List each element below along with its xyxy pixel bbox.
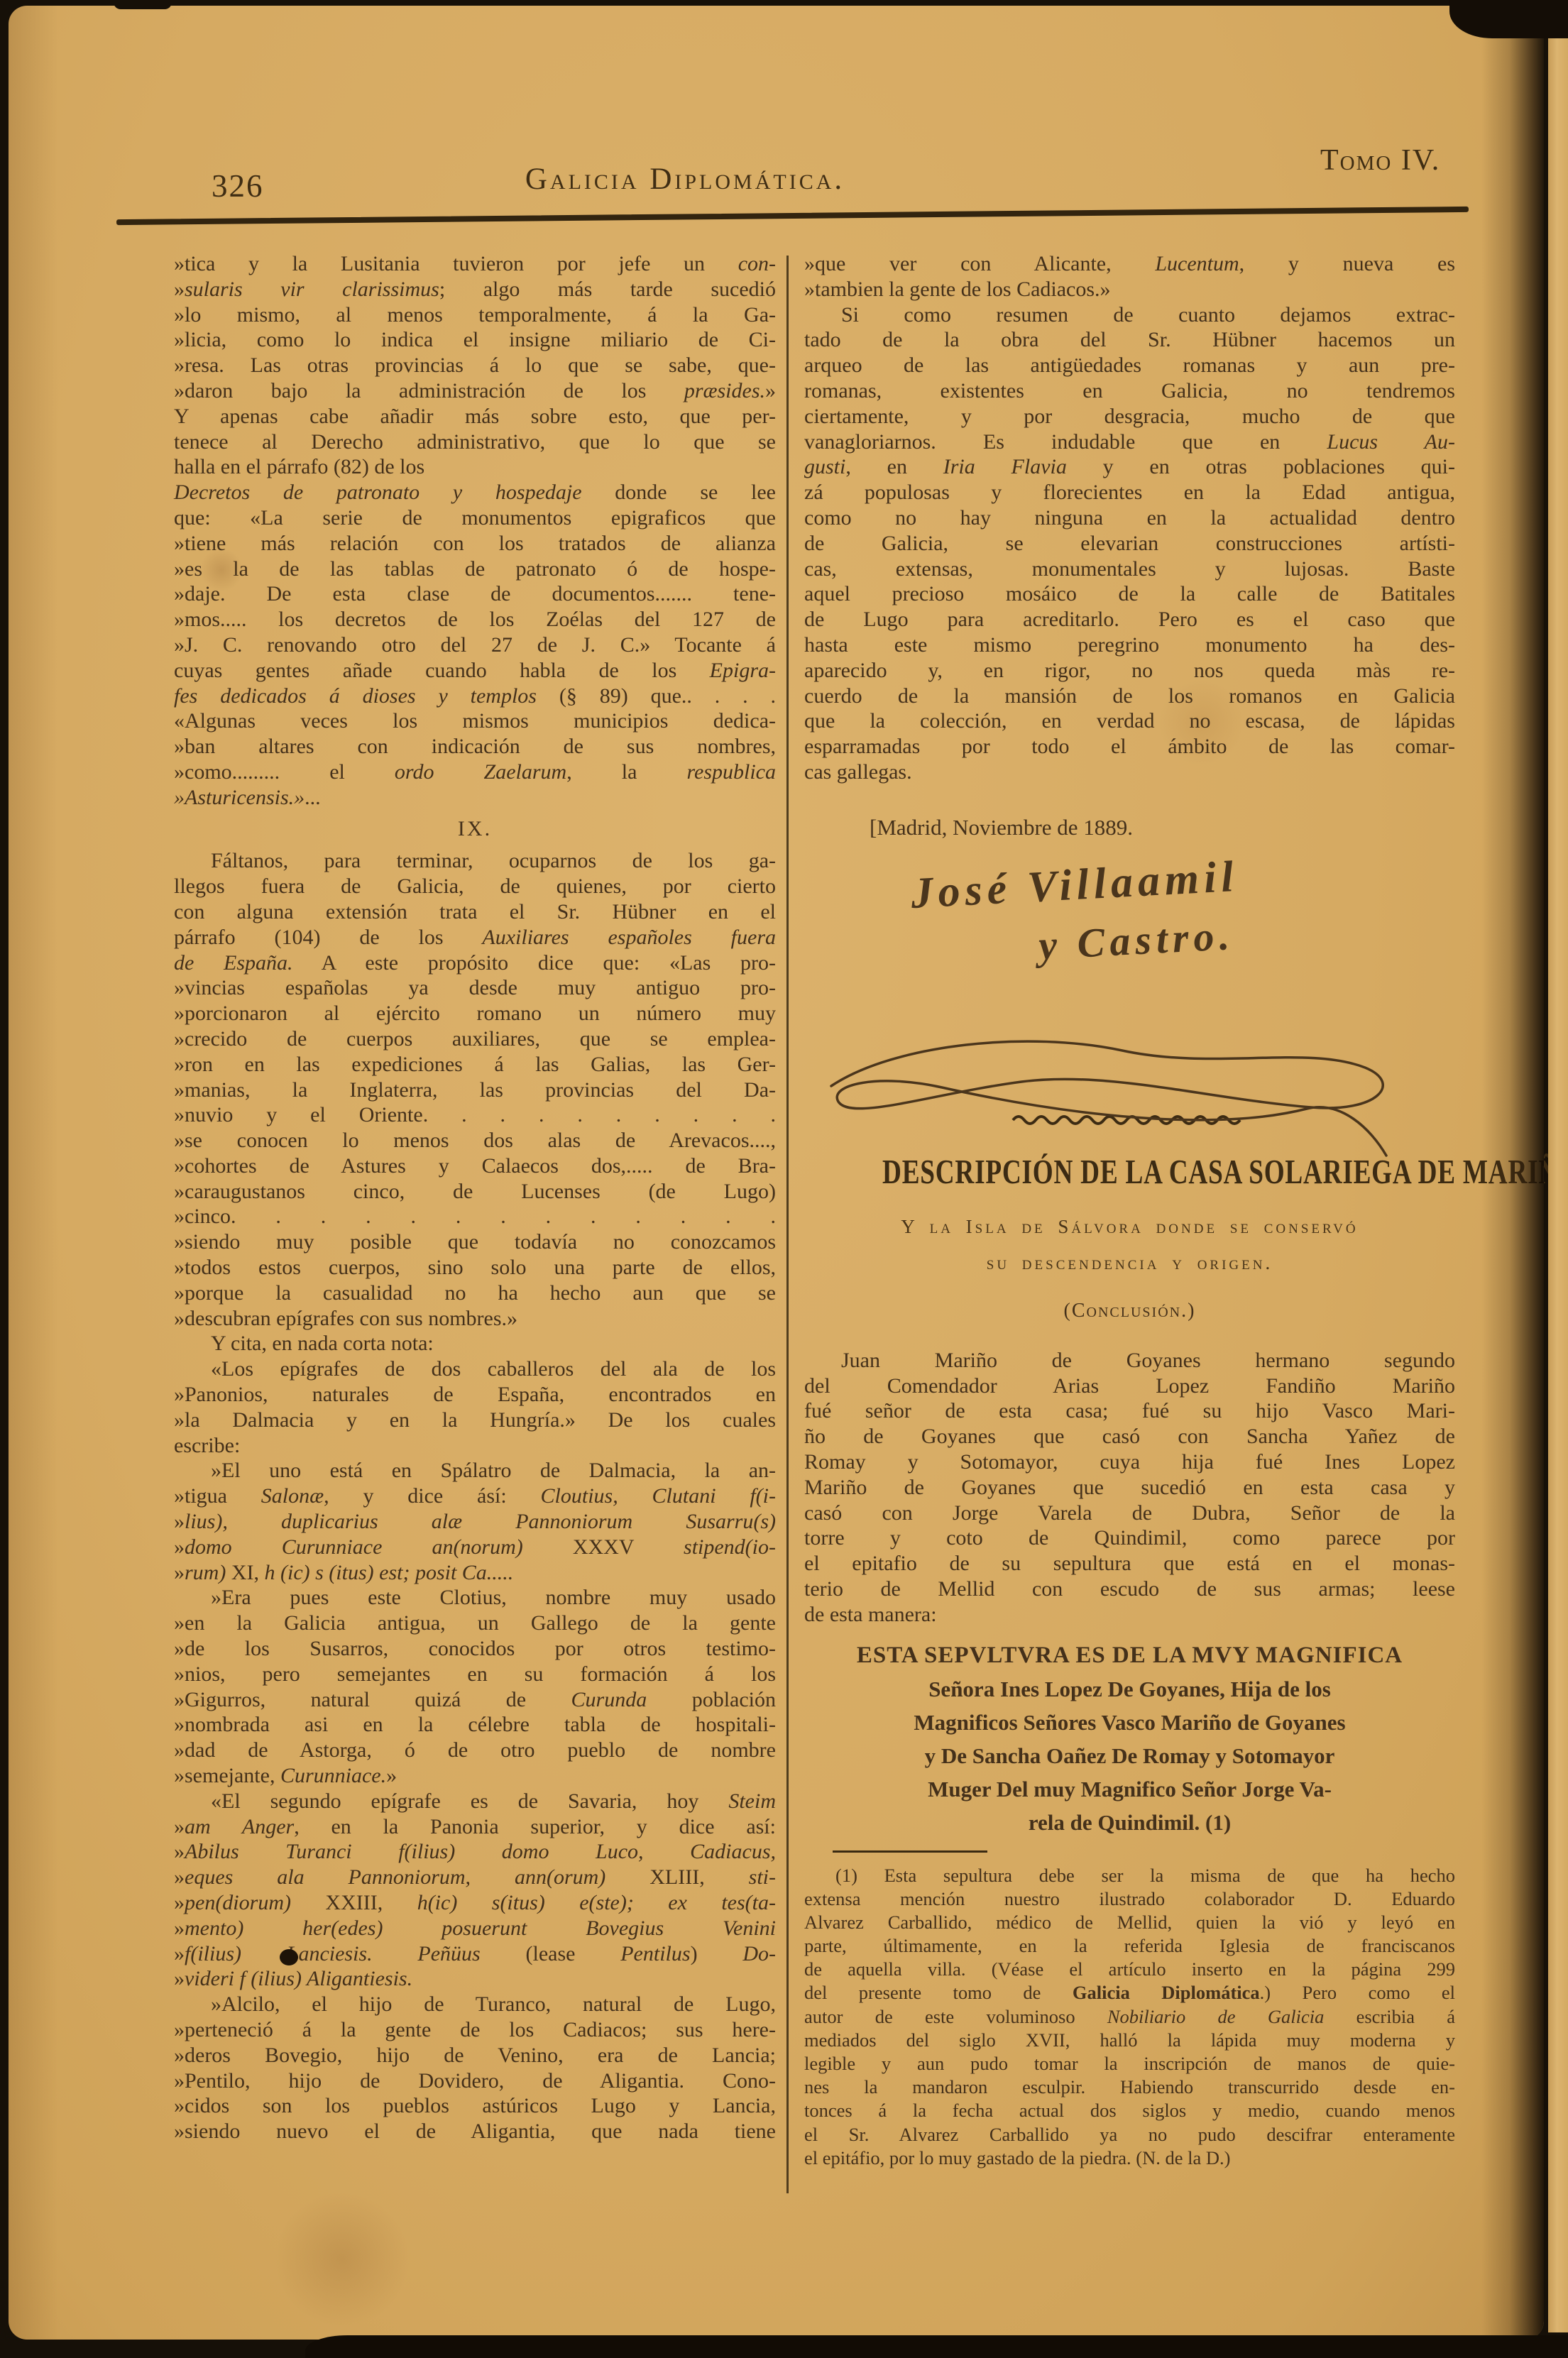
text-line: »todos estos cuerpos, sino solo una part…: [174, 1255, 776, 1281]
text-line: »descubran epígrafes con sus nombres.»: [174, 1306, 776, 1332]
text-line: tenece al Derecho administrativo, que lo…: [174, 429, 776, 455]
signature-flourish-icon: [810, 994, 1413, 1157]
text-line: »perteneció á la gente de los Cadiacos; …: [174, 2017, 776, 2043]
text-line: legible y aun pudo tomar la inscripción …: [804, 2052, 1455, 2075]
text-line: hasta este mismo peregrino monumento ha …: [804, 632, 1455, 658]
text-line: »que ver con Alicante, Lucentum, y nueva…: [804, 251, 1455, 277]
text-line: »Panonios, naturales de España, encontra…: [174, 1382, 776, 1408]
page-gutter-shadow: [1481, 6, 1544, 2340]
text-line: que: «La serie de monumentos epigraficos…: [174, 505, 776, 531]
text-line: »videri f (ilius) Aligantiesis.: [174, 1966, 776, 1992]
text-line: »ron en las expediciones á las Galias, l…: [174, 1052, 776, 1077]
text-line: »dad de Astorga, ó de otro pueblo de nom…: [174, 1738, 776, 1763]
text-line: »cohortes de Astures y Calaecos dos,....…: [174, 1153, 776, 1179]
text-line: »sularis vir clarissimus; algo más tarde…: [174, 277, 776, 302]
text-line: esparramadas por todo el ámbito de las c…: [804, 734, 1455, 760]
text-line: cas, extensas, monumentales y lujosas. B…: [804, 556, 1455, 582]
text-line: »crecido de cuerpos auxiliares, que se e…: [174, 1026, 776, 1052]
text-line: »nios, pero semejantes en su formación á…: [174, 1662, 776, 1687]
text-line: »mos..... los decretos de los Zoélas del…: [174, 607, 776, 632]
text-line: de España. A este propósito dice que: «L…: [174, 950, 776, 976]
text-line: del presente tomo de Galicia Diplomática…: [804, 1981, 1455, 2005]
header-rule: [116, 207, 1469, 225]
text-line: »f(ilius) Lanciesis. Peñüus (lease Penti…: [174, 1941, 776, 1967]
text-line: »domo Curunniace an(norum) XXXV stipend(…: [174, 1535, 776, 1560]
text-line: Muger Del muy Magnifico Señor Jorge Va-: [804, 1772, 1455, 1806]
text-line: »lo mismo, al menos temporalmente, á la …: [174, 302, 776, 328]
text-line: »tambien la gente de los Cadiacos.»: [804, 277, 1455, 302]
text-line: Fáltanos, para terminar, ocuparnos de lo…: [174, 848, 776, 874]
text-line: »nombrada asi en la célebre tabla de hos…: [174, 1712, 776, 1738]
text-line: de aquella villa. (Véase el artículo ins…: [804, 1958, 1455, 1981]
ink-blot: [280, 1949, 298, 1965]
text-line: ño de Goyanes que casó con Sancha Yañez …: [804, 1424, 1455, 1449]
text-line: fes dedicados á dioses y templos (§ 89) …: [174, 684, 776, 709]
text-line: con alguna extensión trata el Sr. Hübner…: [174, 899, 776, 925]
text-line: »porcionaron al ejército romano un númer…: [174, 1001, 776, 1026]
text-line: »El uno está en Spálatro de Dalmacia, la…: [174, 1458, 776, 1484]
text-line: »lius), duplicarius alæ Pannoniorum Susa…: [174, 1509, 776, 1535]
text-line: de Galicia, se elevarian construcciones …: [804, 531, 1455, 556]
epitaph-block: ESTA SEPVLTVRA ES DE LA MVY MAGNIFICASeñ…: [804, 1639, 1455, 1839]
text-line: Magnificos Señores Vasco Mariño de Goyan…: [804, 1706, 1455, 1739]
footnote-rule: [833, 1850, 987, 1853]
text-line: halla en el párrafo (82) de los: [174, 454, 776, 480]
scan-corner-shadow-top-right: [1449, 0, 1568, 38]
text-line: Mariño de Goyanes que sucedió en esta ca…: [804, 1475, 1455, 1501]
text-line: «Algunas veces los mismos municipios ded…: [174, 708, 776, 734]
text-line: »de los Susarros, conocidos por otros te…: [174, 1636, 776, 1662]
article-subtitle-1: Y la Isla de Sálvora donde se conservó: [804, 1216, 1455, 1238]
text-line: tonces á la fecha actual dos siglos y me…: [804, 2099, 1455, 2122]
text-line: »Pentilo, hijo de Dovidero, de Aligantia…: [174, 2068, 776, 2094]
author-signature: José Villaamil y Castro.: [804, 855, 1455, 1110]
scanned-book-page: { "colors": { "paper": "#d6aa62", "ink":…: [0, 0, 1568, 2358]
text-line: vanagloriarnos. Es indudable que en Lucu…: [804, 429, 1455, 455]
text-line: »tigua Salonæ, y dice ásí: Cloutius, Clu…: [174, 1484, 776, 1509]
text-line: párrafo (104) de los Auxiliares españole…: [174, 925, 776, 950]
left-column-text: »tica y la Lusitania tuvieron por jefe u…: [174, 251, 776, 2144]
text-line: Juan Mariño de Goyanes hermano segundo: [804, 1348, 1455, 1373]
text-line: »daje. De esta clase de documentos......…: [174, 581, 776, 607]
text-line: cuyas gentes añade cuando habla de los E…: [174, 658, 776, 684]
text-line: Y cita, en nada corta nota:: [174, 1331, 776, 1356]
text-line: zá populosas y florecientes en la Edad a…: [804, 480, 1455, 505]
text-line: »porque la casualidad no ha hecho aun qu…: [174, 1281, 776, 1306]
text-line: »Asturicensis.»...: [174, 785, 776, 811]
text-line: llegos fuera de Galicia, de quienes, por…: [174, 874, 776, 899]
text-line: Decretos de patronato y hospedaje donde …: [174, 480, 776, 505]
text-line: »Alcilo, el hijo de Turanco, natural de …: [174, 1992, 776, 2017]
text-line: »Abilus Turanci f(ilius) domo Luco, Cadi…: [174, 1839, 776, 1865]
text-line: arqueo de las antigüedades romanas y aun…: [804, 353, 1455, 378]
text-line: »cidos son los pueblos astúricos Lugo y …: [174, 2093, 776, 2119]
text-line: »deros Bovegio, hijo de Venino, era de L…: [174, 2043, 776, 2068]
text-line: »pen(diorum) XXIII, h(ic) s(itus) e(ste)…: [174, 1890, 776, 1916]
scan-top-notch: [114, 0, 172, 9]
text-line: y De Sancha Oañez De Romay y Sotomayor: [804, 1739, 1455, 1772]
text-line: el epitáfio, por lo muy gastado de la pi…: [804, 2146, 1455, 2170]
text-line: parte, últimamente, en la referida Igles…: [804, 1934, 1455, 1958]
text-line: de Lugo para acreditarlo. Pero es el cas…: [804, 607, 1455, 632]
text-line: terio de Mellid con escudo de sus armas;…: [804, 1576, 1455, 1602]
conclusion-label: (Conclusión.): [804, 1300, 1455, 1322]
text-line: torre y coto de Quindimil, como parece p…: [804, 1525, 1455, 1551]
text-line: de esta manera:: [804, 1602, 1455, 1628]
text-line: Y apenas cabe añadir más sobre esto, que…: [174, 404, 776, 429]
text-line: »la Dalmacia y en la Hungría.» De los cu…: [174, 1408, 776, 1433]
signature-line-2: y Castro.: [1038, 899, 1457, 969]
text-line: »daron bajo la administración de los præ…: [174, 378, 776, 404]
text-line: el Sr. Alvarez Carballido ya no pudo des…: [804, 2123, 1455, 2146]
text-line: como no hay ninguna en la actualidad den…: [804, 505, 1455, 531]
text-line: »licia, como lo indica el insigne miliar…: [174, 327, 776, 353]
text-line: aquel precioso mosáico de la calle de Ba…: [804, 581, 1455, 607]
page-paper: 326 Galicia Diplomática. Tomo IV. »tica …: [9, 6, 1544, 2340]
text-line: »se conocen lo menos dos alas de Arevaco…: [174, 1128, 776, 1153]
text-line: »Era pues este Clotius, nombre muy usado: [174, 1585, 776, 1611]
text-line: »en la Galicia antigua, un Gallego de la…: [174, 1611, 776, 1636]
text-line: escribe:: [174, 1433, 776, 1459]
text-line: »eques ala Pannoniorum, ann(orum) XLIII,…: [174, 1865, 776, 1890]
text-line: »mento) her(edes) posuerunt Bovegius Ven…: [174, 1916, 776, 1941]
text-line: ESTA SEPVLTVRA ES DE LA MVY MAGNIFICA: [804, 1639, 1455, 1672]
text-line: nes la mandaron esculpir. Habiendo trans…: [804, 2075, 1455, 2099]
adjacent-page-edge: [1548, 24, 1568, 2332]
text-line: «El segundo epígrafe es de Savaria, hoy …: [174, 1789, 776, 1814]
footnote-text: (1) Esta sepultura debe ser la misma de …: [804, 1864, 1455, 2170]
text-line: »caraugustanos cinco, de Lucenses (de Lu…: [174, 1179, 776, 1205]
text-line: »manias, la Inglaterra, las provincias d…: [174, 1077, 776, 1103]
text-line: mediados del siglo XVII, halló la lápida…: [804, 2029, 1455, 2052]
text-line: »semejante, Curunniace.»: [174, 1763, 776, 1789]
text-line: Señora Ines Lopez De Goyanes, Hija de lo…: [804, 1672, 1455, 1706]
text-line: »cinco. . . . . . . . . . . . .: [174, 1204, 776, 1229]
text-line: que la colección, en verdad no escasa, d…: [804, 708, 1455, 734]
text-line: »como......... el ordo Zaelarum, la resp…: [174, 760, 776, 785]
text-line: el epitafio de su sepultura que está en …: [804, 1551, 1455, 1576]
text-line: «Los epígrafes de dos caballeros del ala…: [174, 1356, 776, 1382]
text-line: Si como resumen de cuanto dejamos extrac…: [804, 302, 1455, 328]
journal-title: Galicia Diplomática.: [295, 162, 1075, 197]
text-line: cas gallegas.: [804, 760, 1455, 785]
text-line: »tica y la Lusitania tuvieron por jefe u…: [174, 251, 776, 277]
article-title: DESCRIPCIÓN DE LA CASA SOLARIEGA DE MARI…: [882, 1151, 1377, 1192]
text-line: tado de la obra del Sr. Hübner hacemos u…: [804, 327, 1455, 353]
text-line: ciertamente, y por desgracia, mucho de q…: [804, 404, 1455, 429]
text-line: »siendo nuevo el de Aligantia, que nada …: [174, 2119, 776, 2144]
text-line: casó con Jorge Varela de Dubra, Señor de…: [804, 1501, 1455, 1526]
text-line: »nuvio y el Oriente. . . . . . . . . .: [174, 1102, 776, 1128]
text-line: »tiene más relación con los tratados de …: [174, 531, 776, 556]
text-line: »vincias españolas ya desde muy antiguo …: [174, 975, 776, 1001]
text-line: extensa mención nuestro ilustrado colabo…: [804, 1887, 1455, 1911]
scan-bottom-shadow: [305, 2335, 1568, 2358]
text-line: (1) Esta sepultura debe ser la misma de …: [804, 1864, 1455, 1887]
page-number: 326: [212, 168, 264, 204]
text-line: »es la de las tablas de patronato ó de h…: [174, 556, 776, 582]
text-line: »Gigurros, natural quizá de Curunda pobl…: [174, 1687, 776, 1713]
text-line: rela de Quindimil. (1): [804, 1806, 1455, 1839]
article-body-text: Juan Mariño de Goyanes hermano segundode…: [804, 1348, 1455, 1628]
text-line: fué señor de esta casa; fué su hijo Vasc…: [804, 1398, 1455, 1424]
text-line: IX.: [174, 816, 776, 842]
article-subtitle-2: su descendencia y origen.: [804, 1252, 1455, 1274]
text-line: cuerdo de la mansión de los romanos en G…: [804, 684, 1455, 709]
right-column: »que ver con Alicante, Lucentum, y nueva…: [804, 251, 1455, 2170]
text-line: Romay y Sotomayor, cuya hija fué Ines Lo…: [804, 1449, 1455, 1475]
text-line: »rum) XI, h (ic) s (itus) est; posit Ca.…: [174, 1560, 776, 1586]
text-line: »resa. Las otras provincias á lo que se …: [174, 353, 776, 378]
text-line: »am Anger, en la Panonia superior, y dic…: [174, 1814, 776, 1840]
text-line: gusti, en Iria Flavia y en otras poblaci…: [804, 454, 1455, 480]
text-line: autor de este voluminoso Nobiliario de G…: [804, 2005, 1455, 2029]
text-line: Alvarez Carballido, médico de Mellid, qu…: [804, 1911, 1455, 1934]
text-line: del Comendador Arias Lopez Fandiño Mariñ…: [804, 1373, 1455, 1399]
text-line: aparecido y, en rigor, no nos queda màs …: [804, 658, 1455, 684]
volume-label: Tomo IV.: [1320, 143, 1440, 177]
text-line: romanas, existentes en Galicia, no tendr…: [804, 378, 1455, 404]
text-line: »ban altares con indicación de sus nombr…: [174, 734, 776, 760]
column-divider: [786, 256, 789, 2193]
text-line: »J. C. renovando otro del 27 de J. C.» T…: [174, 632, 776, 658]
right-column-paragraphs: »que ver con Alicante, Lucentum, y nueva…: [804, 251, 1455, 785]
text-line: »siendo muy posible que todavía no conoz…: [174, 1229, 776, 1255]
dateline: [Madrid, Noviembre de 1889.: [870, 815, 1455, 843]
